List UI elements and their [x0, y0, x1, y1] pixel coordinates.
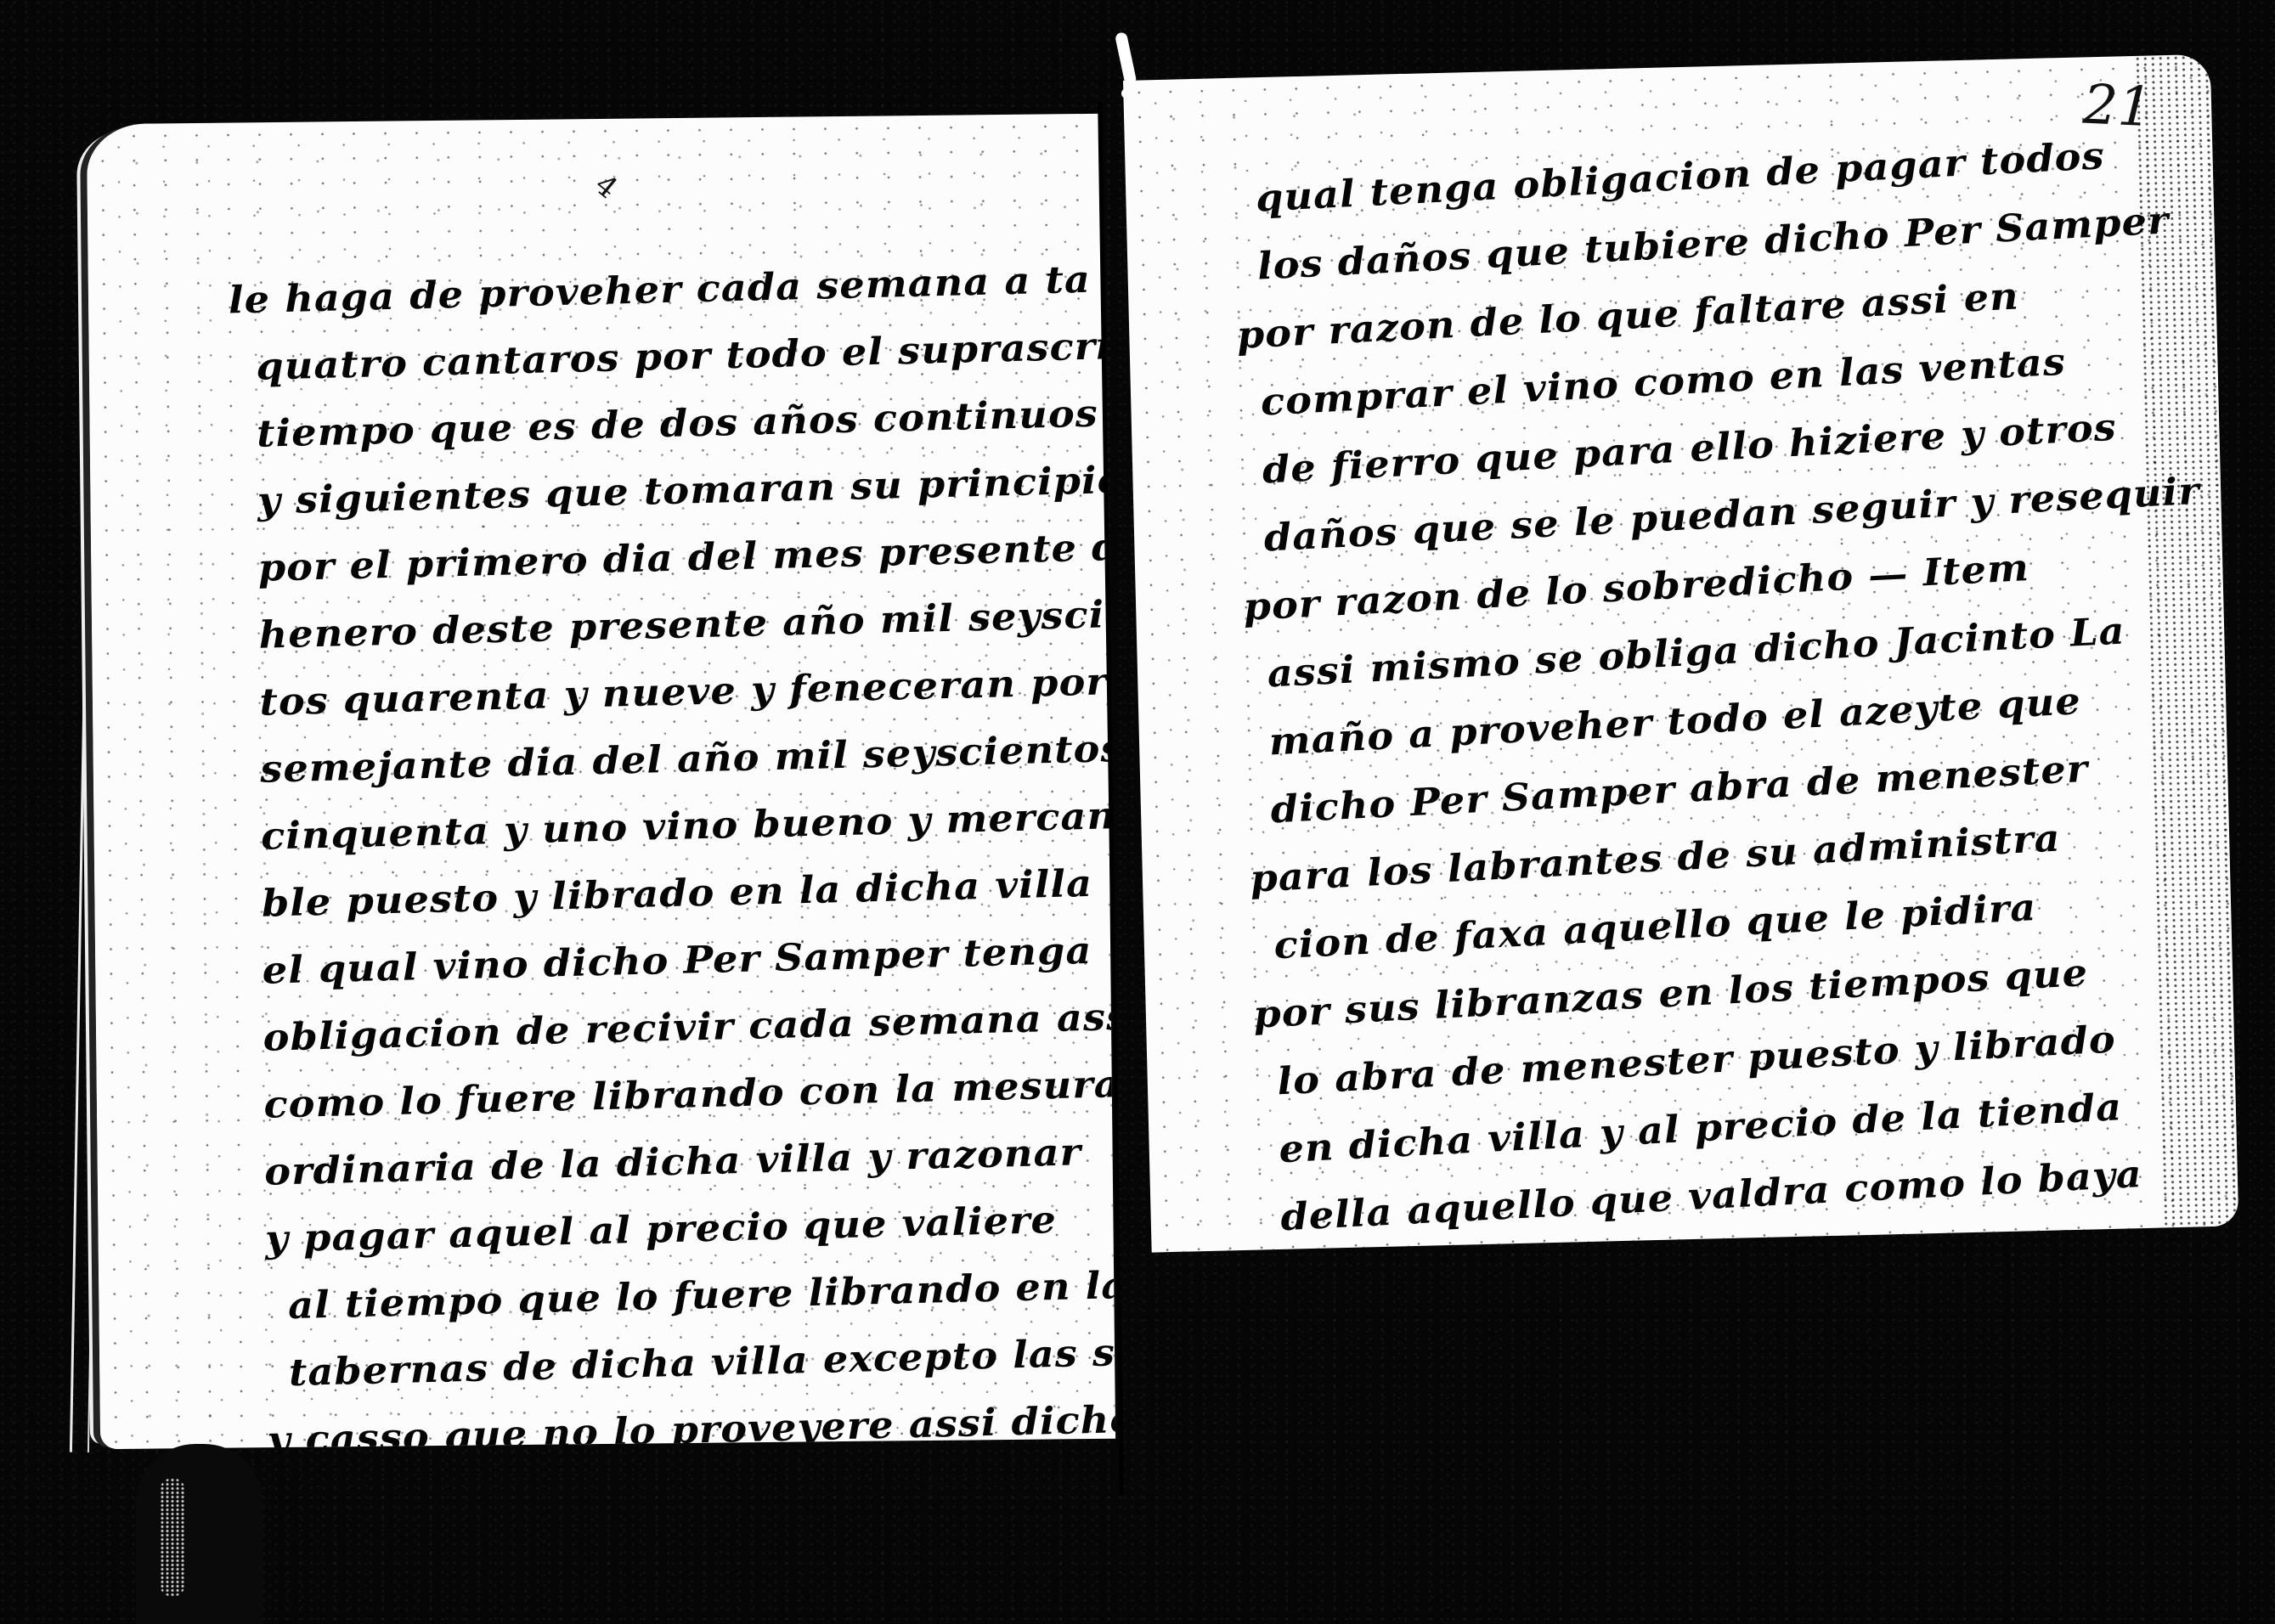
folio-mark: 4: [588, 168, 624, 206]
left-page: 4 le haga de proveher cada semana a ta q…: [87, 114, 1115, 1449]
microfilm-scan: 4 le haga de proveher cada semana a ta q…: [0, 0, 2275, 1624]
right-page-text: qual tenga obligacion de pagar todos los…: [1206, 145, 2180, 1253]
binding-mark: [1115, 31, 1137, 84]
page-holder-shadow: [136, 1444, 263, 1624]
left-page-text: le haga de proveher cada semana a ta qua…: [229, 257, 1115, 1449]
right-page: 21 qual tenga obligacion de pagar todos …: [1123, 54, 2238, 1253]
